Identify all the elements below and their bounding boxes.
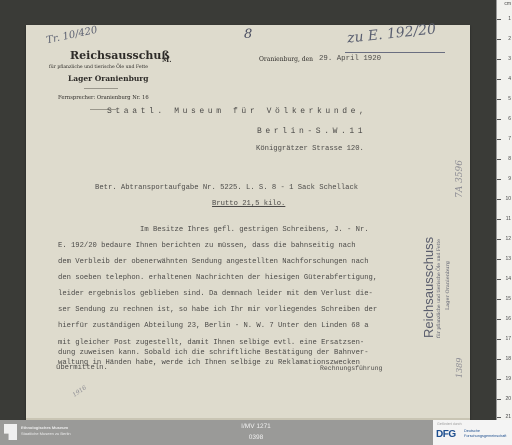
subject-weight: Brutto 21,5 kilo. xyxy=(212,200,285,208)
ruler-tick: 6 xyxy=(497,116,512,122)
ruler-tick: 15 xyxy=(497,296,512,302)
handwritten-side-number: 7A 3596 xyxy=(455,160,465,198)
handwritten-bottom-right-number: 1389 xyxy=(455,358,464,378)
ruler-tick: 17 xyxy=(497,336,512,342)
ruler-tick: 3 xyxy=(497,56,512,62)
dfg-sponsor-panel: Gefördert durch DFG Deutsche Forschungsg… xyxy=(433,420,512,445)
letterhead-org-name: Reichsausschuß xyxy=(70,49,170,62)
rubber-stamp: Reichsausschuss xyxy=(421,237,436,338)
body-line: mit gleicher Post zugestellt, damit Ihne… xyxy=(58,339,364,347)
ruler-tick: 18 xyxy=(497,356,512,362)
ruler-tick: 2 xyxy=(497,36,512,42)
stamp-location: Lager Oranienburg xyxy=(445,261,451,310)
ruler-tick: 11 xyxy=(497,216,512,222)
ruler-tick: 9 xyxy=(497,176,512,182)
ruler-tick: 19 xyxy=(497,376,512,382)
letterhead-org-subtitle: für pflanzliche und tierische Öle und Fe… xyxy=(49,65,148,70)
dateline-date: 29. April 1920 xyxy=(319,55,381,63)
body-overtype: Rechnungsführung xyxy=(320,365,382,372)
letterhead-phone: Fernsprecher: Oranienburg Nr. 16 xyxy=(58,95,149,101)
recipient-name: Staatl. Museum für Völkerkunde, xyxy=(107,107,367,116)
ruler-tick: 1 xyxy=(497,16,512,22)
stamp-subtitle: für pflanzliche und tierische Öle und Fe… xyxy=(437,239,442,338)
handwritten-underline xyxy=(345,52,445,53)
ruler-tick: 7 xyxy=(497,136,512,142)
ruler-tick: 4 xyxy=(497,76,512,82)
body-line: übermitteln. xyxy=(56,364,108,372)
stamp-title: Reichsausschuss xyxy=(421,237,436,338)
ruler-tick: 12 xyxy=(497,236,512,242)
funded-by-label: Gefördert durch xyxy=(437,422,462,426)
body-line: Im Besitze Ihres gefl. gestrigen Schreib… xyxy=(140,226,369,234)
ruler-tick: 13 xyxy=(497,256,512,262)
handwritten-page-mark: 8 xyxy=(244,27,252,42)
body-line: leider ergebnislos geblieben sind. Da de… xyxy=(58,290,373,298)
letterhead-location: Lager Oranienburg xyxy=(68,74,148,83)
ruler-tick: 10 xyxy=(497,196,512,202)
dfg-name-line-2: Forschungsgemeinschaft xyxy=(464,434,506,439)
dfg-name: Deutsche Forschungsgemeinschaft xyxy=(464,429,506,439)
subject-line: Betr. Abtransportaufgabe Nr. 5225. L. S.… xyxy=(95,184,358,192)
ruler-tick: 5 xyxy=(497,96,512,102)
body-line: hierfür zuständigen Abteilung 23, Berlin… xyxy=(58,322,369,330)
measurement-ruler: cm 1 2 3 4 5 6 7 8 9 10 11 12 13 14 15 1… xyxy=(496,0,512,420)
body-line: ser Sendung zu rechnen ist, so habe ich … xyxy=(58,306,377,314)
body-line: dem Verbleib der obenerwähnten Sendung a… xyxy=(58,258,369,266)
dateline-place: Oranienburg, den xyxy=(259,56,313,63)
ruler-tick: 16 xyxy=(497,316,512,322)
ruler-tick: 8 xyxy=(497,156,512,162)
ruler-tick: 20 xyxy=(497,396,512,402)
body-line: dung zuweisen kann. Sobald ich die schri… xyxy=(58,349,369,357)
archive-footer: Ethnologisches Museum Staatliche Museen … xyxy=(0,420,512,445)
ruler-unit: cm xyxy=(504,1,511,7)
recipient-city: Berlin-S.W.11 xyxy=(257,127,366,136)
dfg-logo-icon: DFG xyxy=(436,429,456,440)
body-line: den soeben telephon. erhaltenen Nachrich… xyxy=(58,274,377,282)
letterhead-divider xyxy=(84,88,118,89)
body-line: E. 192/20 bedaure Ihnen berichten zu müs… xyxy=(58,242,356,250)
ruler-tick: 14 xyxy=(497,276,512,282)
recipient-street: Königgrätzer Strasse 120. xyxy=(256,145,364,153)
salutation-prefix: M. xyxy=(162,56,171,64)
